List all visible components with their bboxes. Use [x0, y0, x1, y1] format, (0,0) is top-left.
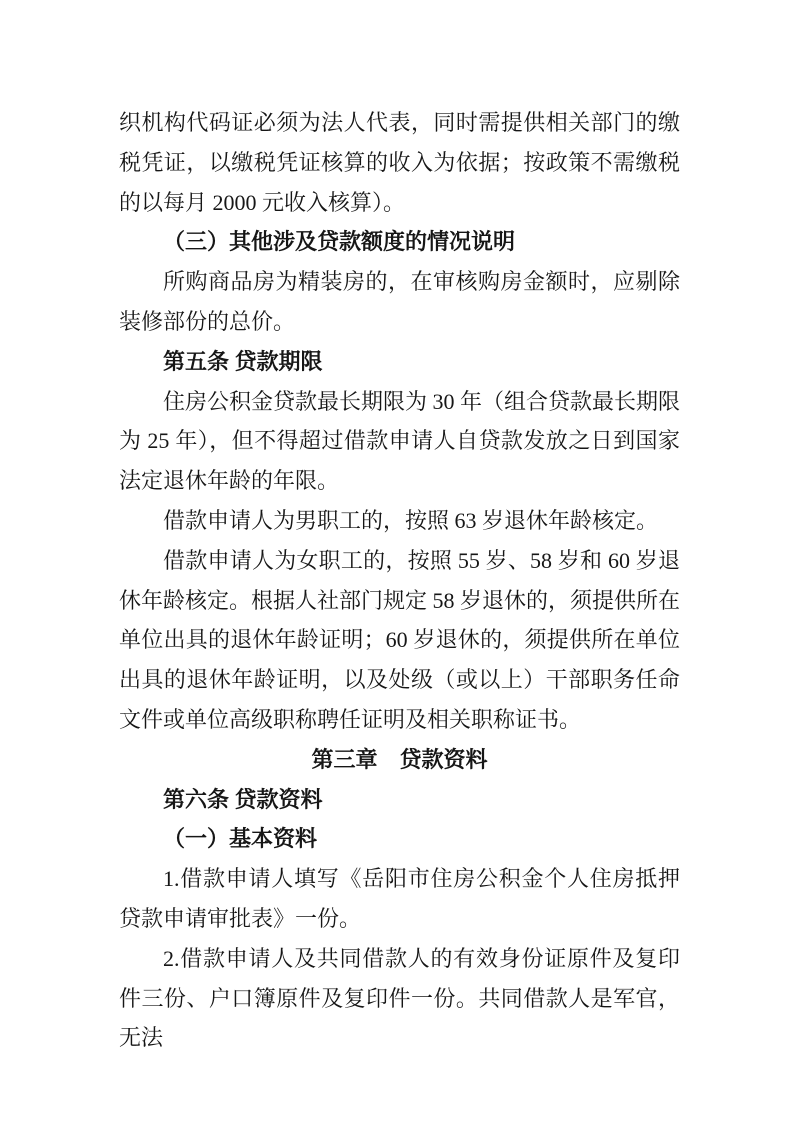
document-page: 织机构代码证必须为法人代表，同时需提供相关部门的缴税凭证，以缴税凭证核算的收入为… — [0, 0, 794, 1122]
section-heading: （三）其他涉及贷款额度的情况说明 — [119, 222, 680, 262]
paragraph: 2.借款申请人及共同借款人的有效身份证原件及复印件三份、户口簿原件及复印件一份。… — [119, 939, 680, 1058]
section-heading: 第六条 贷款资料 — [119, 780, 680, 820]
paragraph: 借款申请人为女职工的，按照 55 岁、58 岁和 60 岁退休年龄核定。根据人社… — [119, 541, 680, 740]
paragraph: 1.借款申请人填写《岳阳市住房公积金个人住房抵押贷款申请审批表》一份。 — [119, 859, 680, 939]
paragraph: 织机构代码证必须为法人代表，同时需提供相关部门的缴税凭证，以缴税凭证核算的收入为… — [119, 103, 680, 222]
paragraph: 住房公积金贷款最长期限为 30 年（组合贷款最长期限为 25 年），但不得超过借… — [119, 382, 680, 501]
section-heading: （一）基本资料 — [119, 819, 680, 859]
chapter-heading: 第三章 贷款资料 — [119, 740, 680, 780]
paragraph: 借款申请人为男职工的，按照 63 岁退休年龄核定。 — [119, 501, 680, 541]
document-content: 织机构代码证必须为法人代表，同时需提供相关部门的缴税凭证，以缴税凭证核算的收入为… — [119, 103, 680, 1058]
paragraph: 所购商品房为精装房的，在审核购房金额时，应剔除装修部份的总价。 — [119, 262, 680, 342]
section-heading: 第五条 贷款期限 — [119, 342, 680, 382]
